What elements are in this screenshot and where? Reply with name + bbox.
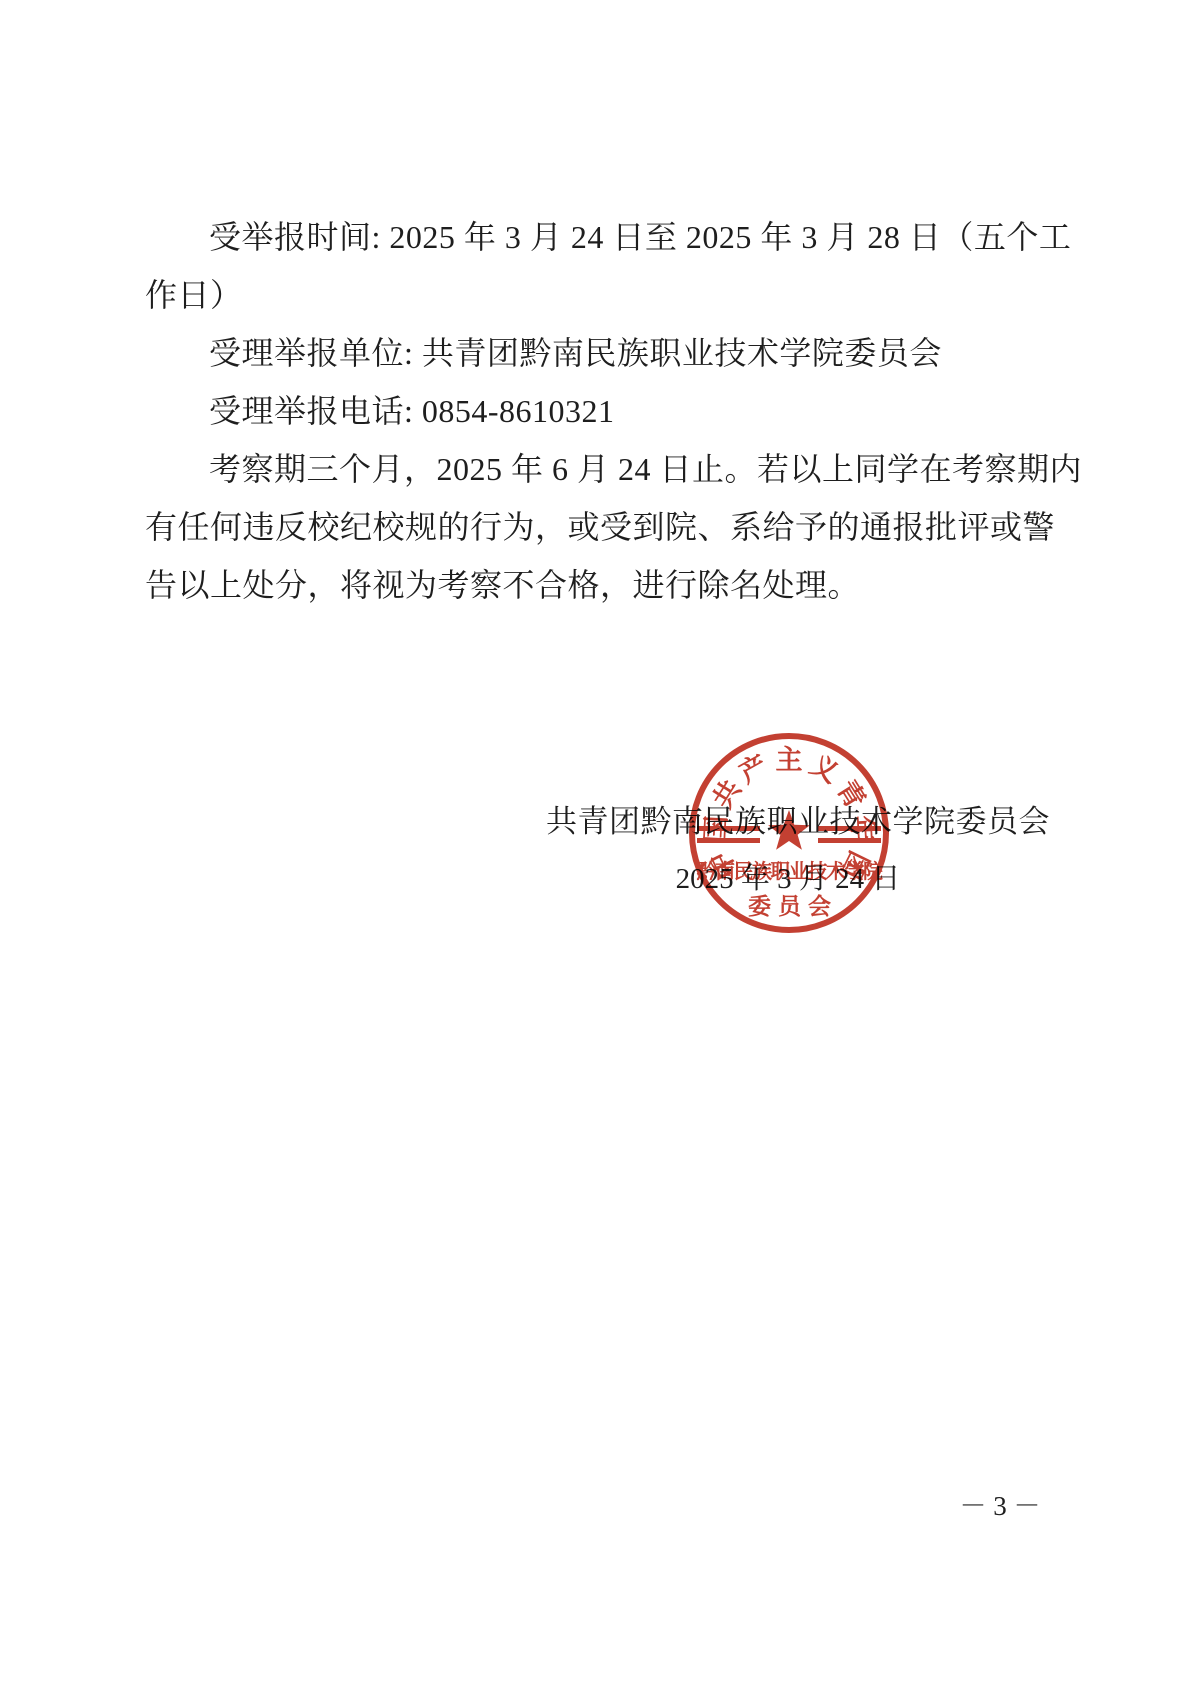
document-page: 受举报时间: 2025 年 3 月 24 日至 2025 年 3 月 28 日（… (0, 0, 1191, 1684)
seal-committee: 委员会 (748, 893, 838, 919)
seal-arc-char: 产 (734, 749, 773, 789)
body-line: 告以上处分，将视为考察不合格，进行除名处理。 (145, 556, 1045, 614)
seal-arc-char: 主 (776, 745, 803, 775)
body-line: 受理举报电话: 0854-8610321 (145, 382, 1045, 440)
seal-arc-char: 义 (805, 749, 843, 788)
body-line: 有任何违反校纪校规的行为，或受到院、系给予的通报批评或警 (145, 498, 1045, 556)
seal-bar-left-top (697, 826, 760, 831)
body-line: 作日） (145, 266, 1045, 324)
seal-star-icon (768, 810, 810, 850)
seal-arc-char: 青 (831, 775, 871, 814)
page-number: － 3 － (920, 1484, 1080, 1523)
seal-bar-left-bottom (697, 838, 760, 843)
seal-bar-right-bottom (818, 838, 881, 843)
seal-bar-right-top (818, 826, 881, 831)
body-line: 考察期三个月，2025 年 6 月 24 日止。若以上同学在考察期内 (145, 440, 1045, 498)
body-line: 受举报时间: 2025 年 3 月 24 日至 2025 年 3 月 28 日（… (145, 208, 1045, 266)
body-line: 受理举报单位: 共青团黔南民族职业技术学院委员会 (145, 324, 1045, 382)
official-seal: 中国共产主义青年团 黔南民族职业技术学院 委员会 (684, 728, 894, 938)
seal-arc-char: 共 (707, 775, 747, 814)
body-text-block: 受举报时间: 2025 年 3 月 24 日至 2025 年 3 月 28 日（… (145, 208, 1045, 614)
seal-org-name: 黔南民族职业技术学院 (696, 859, 883, 883)
